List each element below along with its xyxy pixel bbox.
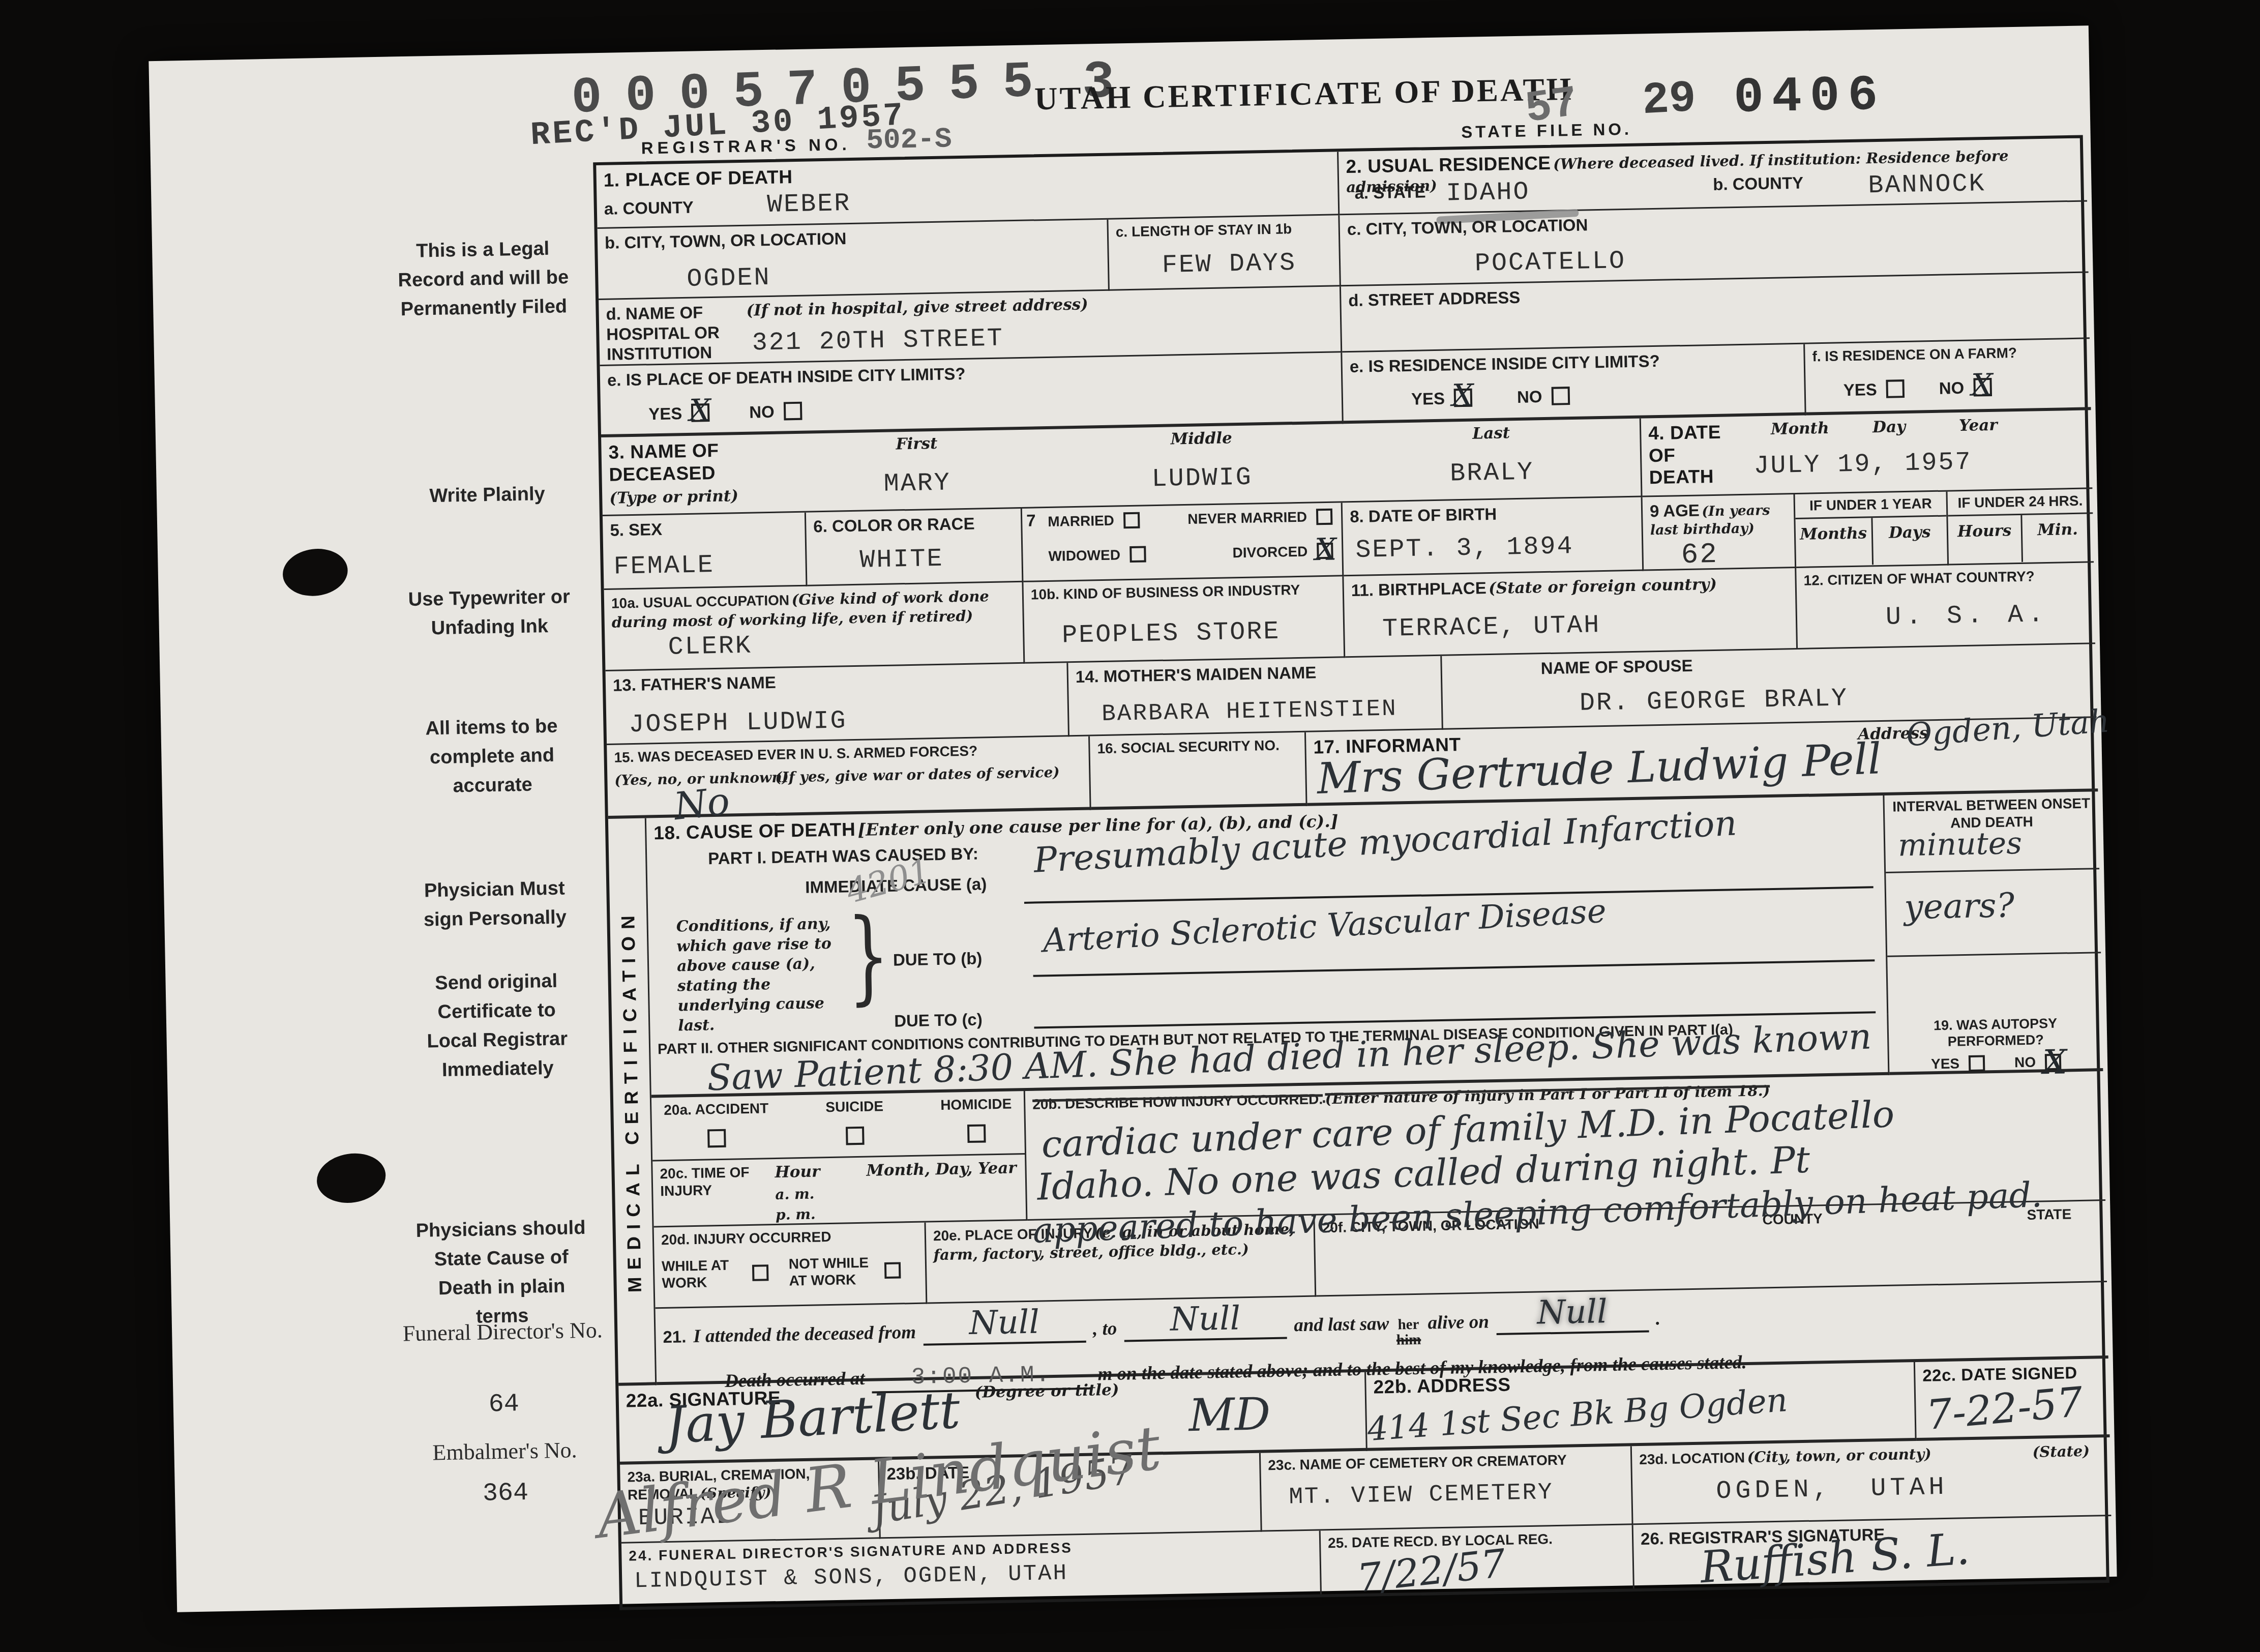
check-mark: X — [689, 395, 711, 426]
item21-num: 21. — [663, 1326, 687, 1347]
field-funeral-director: 24. FUNERAL DIRECTOR'S SIGNATURE AND ADD… — [621, 1530, 1322, 1607]
attended-to-handwritten: Null — [1170, 1300, 1240, 1339]
sex-label: 5. SEX — [610, 520, 662, 540]
check-mark: X — [1451, 380, 1474, 411]
homicide-label: HOMICIDE — [940, 1095, 1012, 1113]
birthplace-value: TERRACE, UTAH — [1382, 608, 1789, 644]
funeral-director-no-label: Funeral Director's No. — [396, 1317, 610, 1347]
field-if-under-24-hrs: IF UNDER 24 HRS. Hours Min. — [1947, 489, 2094, 565]
checkbox-residence-limits-no — [1551, 387, 1570, 406]
no-label: NO — [1517, 387, 1542, 407]
no-label: NO — [749, 401, 775, 422]
type-or-print-hint: (Type or print) — [609, 486, 738, 509]
year-header: Year — [1959, 415, 1998, 436]
period-text: . — [1655, 1308, 1660, 1330]
field-fathers-name: 13. FATHER'S NAME JOSEPH LUDWIG — [606, 663, 1070, 745]
checkbox-death-limits-no — [783, 402, 802, 421]
field-birthplace: 11. BIRTHPLACE (State or foreign country… — [1344, 568, 1798, 658]
date-of-death-label: 4. DATE OF DEATH — [1648, 421, 1736, 489]
due-to-c-label: DUE TO (c) — [894, 1009, 983, 1031]
margin-note-typewriter: Use Typewriter or Unfading Ink — [402, 582, 576, 643]
margin-note-send-original: Send original Certificate to Local Regis… — [409, 966, 584, 1085]
to-text: , to — [1093, 1318, 1117, 1340]
physician-address-label: 22b. ADDRESS — [1373, 1374, 1511, 1398]
certificate-form: 1. PLACE OF DEATH a. COUNTY WEBER 2. USU… — [593, 135, 2109, 1610]
checkbox-residence-limits-yes: X — [1454, 389, 1473, 407]
spouse-label: NAME OF SPOUSE — [1540, 648, 2089, 678]
hospital-name-label: d. NAME OF HOSPITAL OR INSTITUTION — [606, 302, 734, 364]
date-of-birth-label: 8. DATE OF BIRTH — [1350, 505, 1497, 526]
him-struck-text: him — [1396, 1332, 1421, 1348]
part1-label: PART I. DEATH WAS CAUSED BY: — [708, 844, 978, 869]
ssn-label: 16. SOCIAL SECURITY NO. — [1097, 737, 1280, 757]
date-signed-handwritten: 7-22-57 — [1925, 1381, 2085, 1436]
state-file-year-stamp: 57 — [1522, 78, 1581, 134]
last-saw-date-handwritten: Null — [1537, 1293, 1608, 1332]
field-death-inside-city-limits: e. IS PLACE OF DEATH INSIDE CITY LIMITS?… — [600, 352, 1344, 437]
county-value: WEBER — [767, 189, 851, 220]
under-1-year-label: IF UNDER 1 YEAR — [1795, 492, 1947, 519]
age-label: 9 AGE — [1650, 500, 1700, 520]
checkbox-accident — [707, 1129, 726, 1147]
physician-signature-handwritten: Jay Bartlett — [664, 1384, 961, 1451]
day-header: Day — [1872, 417, 1906, 437]
mothers-name-value: BARBARA HEITENSTIEN — [1102, 695, 1435, 727]
field-registrar-signature: 26. REGISTRAR'S SIGNATURE Ruffish S. L. — [1633, 1516, 2113, 1588]
burial-state-hint: (State) — [2032, 1442, 2090, 1462]
birthplace-hint: (State or foreign country) — [1489, 575, 1717, 598]
divorced-label: DIVORCED — [1232, 543, 1307, 561]
attended-text: I attended the deceased from — [693, 1321, 916, 1347]
field-interval-onset-death: INTERVAL BETWEEN ONSET AND DEATH minutes… — [1884, 791, 2102, 1014]
alive-on-text: alive on — [1428, 1311, 1489, 1334]
page-title: UTAH CERTIFICATE OF DEATH — [1034, 71, 1573, 117]
checkbox-death-limits-yes: X — [691, 404, 710, 423]
burial-location-value: OGDEN, UTAH — [1716, 1470, 2104, 1506]
field-cause-of-death: 18. CAUSE OF DEATH [Enter only one cause… — [646, 795, 1888, 1037]
field-physician-address: 22b. ADDRESS 414 1st Sec Bk Bg Ogden — [1366, 1362, 1917, 1451]
city-of-death-value: OGDEN — [687, 257, 1101, 294]
under-24-hrs-label: IF UNDER 24 HRS. — [1947, 489, 2093, 516]
date-of-death-value: JULY 19, 1957 — [1753, 448, 1972, 481]
no-label: NO — [2014, 1053, 2036, 1071]
citizen-value: U. S. A. — [1885, 599, 2088, 632]
middle-name-header: Middle — [1099, 427, 1303, 451]
cemetery-value: MT. VIEW CEMETERY — [1289, 1478, 1624, 1510]
her-text: her — [1397, 1317, 1419, 1333]
embalmers-no-label: Embalmer's No. — [398, 1436, 612, 1466]
checkbox-not-while-at-work — [884, 1262, 901, 1279]
name-of-deceased-label: 3. NAME OF DECEASED — [608, 439, 741, 486]
field-burial-location: 23d. LOCATION (City, town, or county) (S… — [1632, 1437, 2112, 1525]
mothers-name-label: 14. MOTHER'S MAIDEN NAME — [1076, 663, 1317, 686]
days-header: Days — [1871, 516, 1947, 565]
date-received-handwritten: 7/22/57 — [1355, 1544, 1507, 1598]
armed-forces-value-handwritten: No — [672, 782, 732, 825]
registrars-no-value: 502-S — [866, 123, 952, 157]
embalmers-no-value: 364 — [399, 1477, 613, 1510]
month-header: Month — [1771, 418, 1829, 439]
hospital-name-value: 321 20TH STREET — [752, 324, 1004, 358]
time-of-injury-label: 20c. TIME OF INJURY — [660, 1164, 757, 1200]
residence-city-value: POCATELLO — [1475, 238, 2081, 278]
residence-farm-label: f. IS RESIDENCE ON A FARM? — [1812, 345, 2017, 364]
armed-forces-label: 15. WAS DECEASED EVER IN U. S. ARMED FOR… — [614, 743, 977, 765]
field-if-under-1-year: IF UNDER 1 YEAR Months Days — [1795, 492, 1949, 568]
brace-glyph: } — [846, 905, 890, 1008]
field-length-of-stay: c. LENGTH OF STAY IN 1b FEW DAYS — [1108, 215, 1341, 290]
checkbox-widowed — [1129, 546, 1146, 563]
field-residence-inside-city-limits: e. IS RESIDENCE INSIDE CITY LIMITS? YES … — [1342, 344, 1806, 424]
field-social-security-no: 16. SOCIAL SECURITY NO. — [1090, 732, 1307, 810]
hours-header: Hours — [1948, 515, 2021, 564]
checkbox-autopsy-no: X — [2045, 1053, 2062, 1070]
funeral-director-no-value: 64 — [397, 1388, 611, 1421]
field-cemetery-name: 23c. NAME OF CEMETERY OR CREMATORY MT. V… — [1261, 1446, 1633, 1531]
field-usual-occupation: 10a. USUAL OCCUPATION (Give kind of work… — [604, 582, 1025, 671]
last-saw-text: and last saw — [1294, 1313, 1389, 1336]
hour-header: Hour — [775, 1161, 820, 1183]
checkbox-farm-no: X — [1973, 378, 1992, 397]
cemetery-label: 23c. NAME OF CEMETERY OR CREMATORY — [1268, 1452, 1567, 1473]
am-label: a. m. — [775, 1185, 815, 1204]
occupation-label: 10a. USUAL OCCUPATION — [611, 592, 790, 611]
last-name-header: Last — [1389, 421, 1593, 446]
no-label: NO — [1939, 377, 1964, 398]
field-informant: 17. INFORMANT Address Mrs Gertrude Ludwi… — [1306, 718, 2098, 806]
occupation-value: CLERK — [668, 627, 1016, 663]
medical-certification-label: MEDICAL CERTIFICATION — [617, 908, 646, 1293]
date-of-birth-value: SEPT. 3, 1894 — [1355, 530, 1635, 565]
field-autopsy: 19. WAS AUTOPSY PERFORMED? YES NO X — [1888, 1010, 2103, 1075]
armed-forces-hint2: (If yes, give war or dates of service) — [775, 763, 1060, 787]
business-label: 10b. KIND OF BUSINESS OR INDUSTRY — [1031, 582, 1300, 603]
field-armed-forces: 15. WAS DECEASED EVER IN U. S. ARMED FOR… — [607, 736, 1091, 819]
checkbox-homicide — [967, 1124, 986, 1143]
months-header: Months — [1795, 518, 1871, 566]
burial-location-label: 23d. LOCATION — [1639, 1450, 1745, 1467]
hospital-name-hint: (If not in hospital, give street address… — [746, 294, 1088, 321]
margin-note-complete: All items to be complete and accurate — [405, 712, 579, 802]
yes-label: YES — [1843, 379, 1877, 400]
last-name-value: BRALY — [1390, 457, 1594, 490]
field-sex: 5. SEX FEMALE — [603, 513, 808, 590]
marital-num: 7 — [1026, 510, 1036, 530]
never-married-label: NEVER MARRIED — [1187, 509, 1307, 528]
margin-note-legal-record: This is a Legal Record and will be Perma… — [396, 234, 571, 324]
field-describe-injury: 20b. DESCRIBE HOW INJURY OCCURRED. (Ente… — [1025, 1071, 2105, 1221]
yes-label: YES — [648, 403, 682, 424]
yes-label: YES — [1411, 388, 1445, 409]
checkbox-while-at-work — [752, 1264, 769, 1281]
field-citizen-country: 12. CITIZEN OF WHAT COUNTRY? U. S. A. — [1796, 563, 2095, 650]
interval-a-handwritten: minutes — [1898, 828, 2023, 861]
length-of-stay-value: FEW DAYS — [1162, 248, 1332, 280]
place-of-death-label: 1. PLACE OF DEATH — [603, 166, 792, 191]
accident-label: 20a. ACCIDENT — [664, 1100, 768, 1118]
checkbox-farm-yes — [1886, 379, 1905, 398]
age-value: 62 — [1681, 537, 1788, 572]
her-him-correction: her him — [1396, 1317, 1421, 1348]
state-file-serial-stamp: 0406 — [1733, 68, 1886, 127]
checkbox-divorced: X — [1317, 543, 1333, 559]
city-of-death-label: b. CITY, TOWN, OR LOCATION — [605, 229, 847, 252]
margin-note-write-plainly: Write Plainly — [401, 479, 574, 511]
checkbox-suicide — [846, 1126, 865, 1145]
first-name-value: MARY — [815, 467, 1019, 500]
widowed-label: WIDOWED — [1048, 546, 1120, 565]
field-date-of-birth: 8. DATE OF BIRTH SEPT. 3, 1894 — [1343, 497, 1644, 577]
attended-from-handwritten: Null — [969, 1304, 1039, 1343]
county-label: a. COUNTY — [604, 197, 694, 218]
conditions-note: Conditions, if any, which gave rise to a… — [676, 914, 841, 1036]
field-date-received: 25. DATE RECD. BY LOCAL REG. 7/22/57 — [1321, 1525, 1634, 1594]
certificate-paper: This is a Legal Record and will be Perma… — [148, 25, 2117, 1612]
yes-label: YES — [1931, 1055, 1960, 1073]
field-time-of-injury: 20c. TIME OF INJURY Hour a. m. p. m. Mon… — [652, 1155, 1027, 1227]
married-label: MARRIED — [1048, 512, 1114, 530]
birthplace-label: 11. BIRTHPLACE — [1351, 578, 1486, 600]
field-city-of-death: b. CITY, TOWN, OR LOCATION OGDEN — [598, 220, 1110, 300]
color-race-value: WHITE — [859, 543, 1015, 575]
suicide-label: SUICIDE — [825, 1098, 883, 1116]
punch-hole — [280, 545, 350, 600]
residence-city-label: c. CITY, TOWN, OR LOCATION — [1347, 215, 1588, 239]
residence-county-value: BANNOCK — [1868, 169, 1986, 200]
field-residence-city: c. CITY, TOWN, OR LOCATION POCATELLO — [1340, 201, 2088, 286]
injury-occurred-label: 20d. INJURY OCCURRED — [661, 1229, 831, 1248]
middle-name-value: LUDWIG — [1100, 462, 1304, 495]
pm-label: p. m. — [776, 1205, 816, 1225]
field-accident-suicide-homicide: 20a. ACCIDENT SUICIDE HOMICIDE — [651, 1091, 1026, 1161]
cause-b-handwritten: Arterio Sclerotic Vascular Disease — [1042, 895, 1607, 958]
residence-county-label: b. COUNTY — [1713, 173, 1804, 195]
checkbox-never-married — [1316, 509, 1333, 525]
physician-degree-handwritten: MD — [1188, 1392, 1271, 1438]
field-business-industry: 10b. KIND OF BUSINESS OR INDUSTRY PEOPLE… — [1023, 576, 1345, 664]
describe-injury-label: 20b. DESCRIBE HOW INJURY OCCURRED. — [1032, 1091, 1323, 1112]
field-date-signed: 22c. DATE SIGNED 7-22-57 — [1915, 1359, 2110, 1441]
checkbox-autopsy-yes — [1969, 1055, 1985, 1072]
registrars-no-label: REGISTRAR'S NO. — [641, 135, 851, 158]
check-mark: X — [1971, 370, 1994, 401]
check-mark: X — [1315, 535, 1337, 566]
field-mothers-maiden-name: 14. MOTHER'S MAIDEN NAME BARBARA HEITENS… — [1068, 656, 1443, 736]
due-to-b-label: DUE TO (b) — [893, 948, 983, 970]
margin-note-physician-sign: Physician Must sign Personally — [408, 874, 582, 935]
field-injury-occurred: 20d. INJURY OCCURRED WHILE AT WORK NOT W… — [654, 1223, 928, 1309]
sex-value: FEMALE — [613, 549, 798, 582]
field-residence-on-farm: f. IS RESIDENCE ON A FARM? YES NO X — [1805, 339, 2091, 415]
funeral-director-label: 24. FUNERAL DIRECTOR'S SIGNATURE AND ADD… — [629, 1540, 1073, 1563]
usual-residence-label: 2. USUAL RESIDENCE — [1346, 153, 1551, 177]
while-at-work-label: WHILE AT WORK — [662, 1256, 744, 1292]
street-address-label: d. STREET ADDRESS — [1348, 288, 1521, 310]
field-marital-status: 7 MARRIED NEVER MARRIED WIDOWED DIVORCED… — [1022, 503, 1344, 582]
field-color-or-race: 6. COLOR OR RACE WHITE — [806, 509, 1024, 586]
rule-line — [1033, 959, 1875, 977]
business-value: PEOPLES STORE — [1062, 616, 1336, 650]
month-day-year-header: Month, Day, Year — [866, 1158, 1017, 1181]
degree-title-hint: (Degree or title) — [974, 1380, 1119, 1403]
interval-b-handwritten: years? — [1904, 889, 2015, 924]
first-name-header: First — [815, 432, 1019, 456]
fathers-name-value: JOSEPH LUDWIG — [629, 702, 1061, 740]
residence-city-limits-label: e. IS RESIDENCE INSIDE CITY LIMITS? — [1349, 351, 1660, 376]
color-race-label: 6. COLOR OR RACE — [813, 514, 975, 536]
field-age: 9 AGE (In years last birthday) 62 — [1643, 494, 1797, 571]
citizen-label: 12. CITIZEN OF WHAT COUNTRY? — [1803, 568, 2035, 588]
burial-location-hint: (City, town, or county) — [1747, 1445, 1931, 1466]
state-file-district-stamp: 29 — [1641, 74, 1698, 127]
checkbox-married — [1123, 512, 1140, 528]
state-label: a. STATE — [1354, 182, 1426, 203]
min-header: Min. — [2020, 514, 2094, 562]
length-of-stay-label: c. LENGTH OF STAY IN 1b — [1116, 221, 1292, 240]
fathers-name-label: 13. FATHER'S NAME — [613, 673, 776, 695]
state-value: IDAHO — [1446, 178, 1530, 208]
margin-note-plain-terms: Physicians should State Cause of Death i… — [414, 1214, 589, 1333]
death-city-limits-label: e. IS PLACE OF DEATH INSIDE CITY LIMITS? — [607, 364, 966, 390]
not-while-at-work-label: NOT WHILE AT WORK — [789, 1254, 876, 1289]
punch-hole — [313, 1148, 389, 1207]
field-date-of-death: 4. DATE OF DEATH Month Day Year JULY 19,… — [1641, 410, 2093, 497]
